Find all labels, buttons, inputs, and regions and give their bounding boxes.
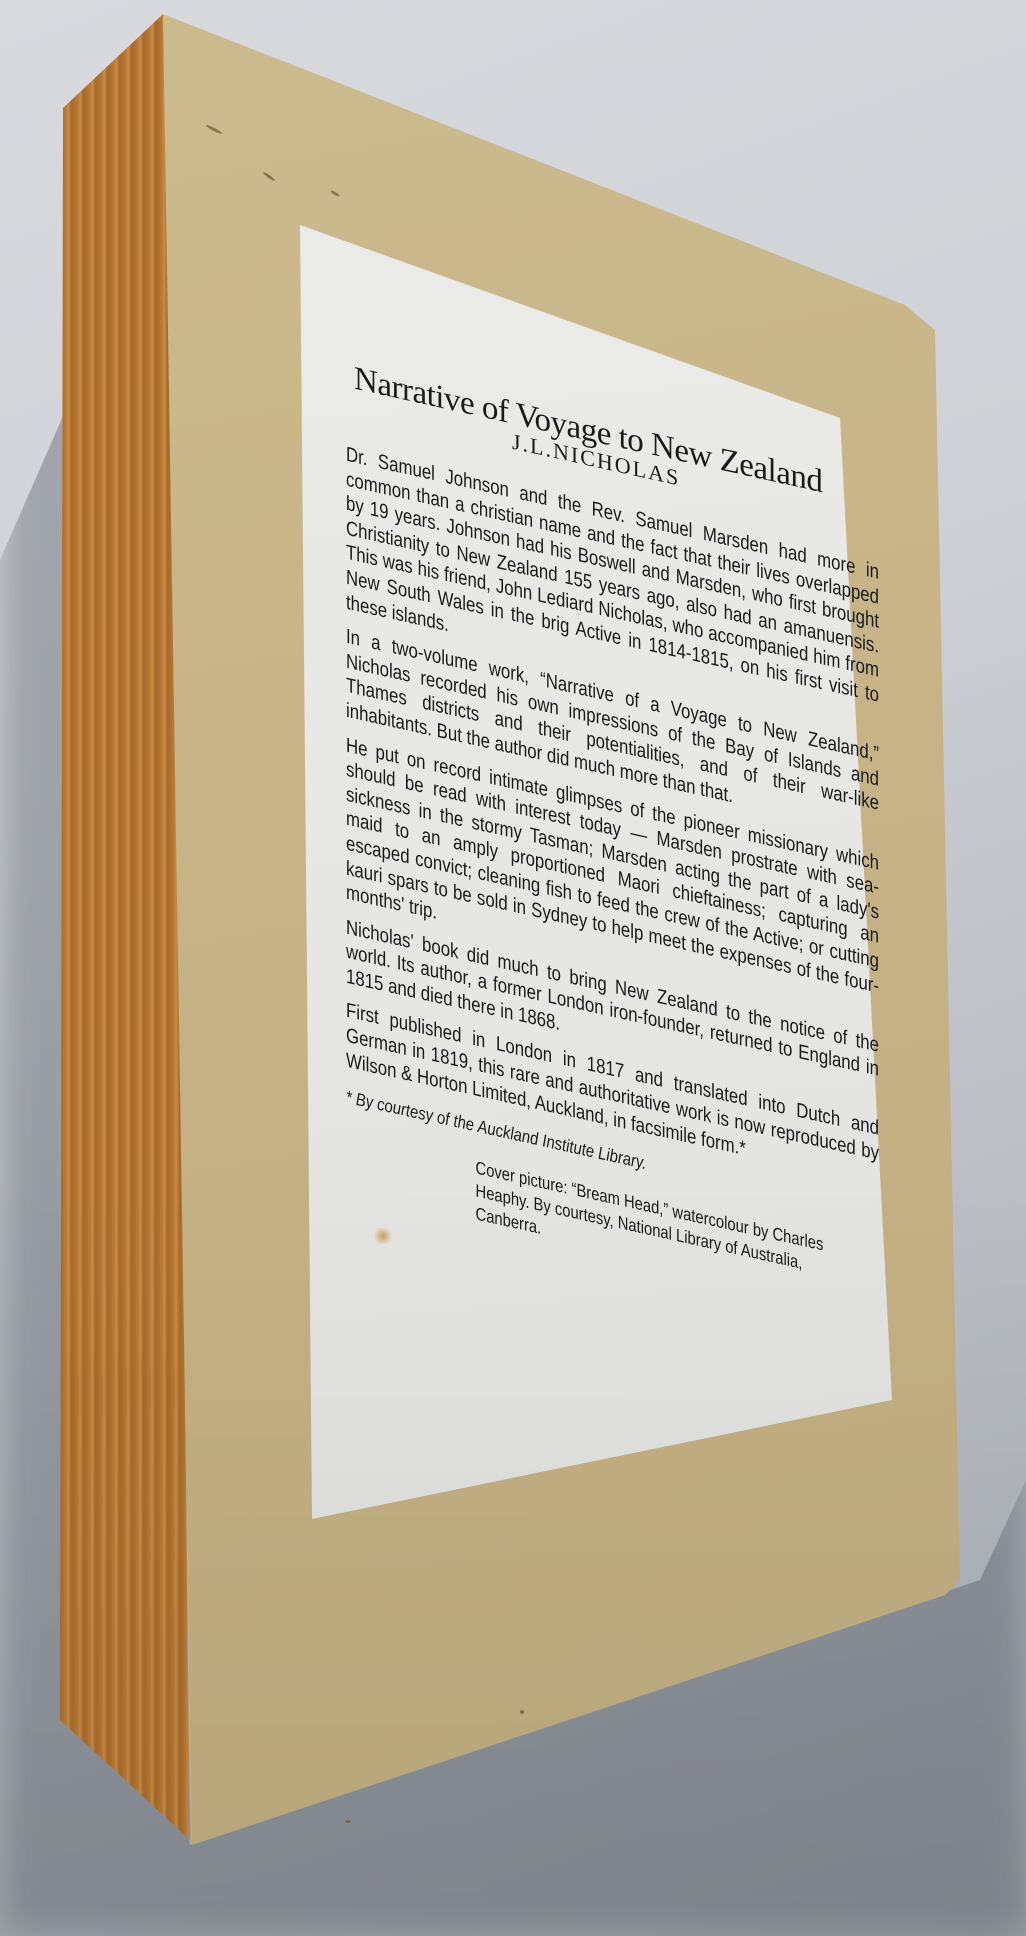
cover-stain bbox=[520, 1710, 524, 1714]
cover-stain bbox=[345, 1820, 351, 1823]
label-stain bbox=[372, 1228, 394, 1244]
label-text: Narrative of Voyage to New Zealand J.L.N… bbox=[352, 360, 882, 1315]
blurb: Dr. Samuel Johnson and the Rev. Samuel M… bbox=[346, 443, 879, 1315]
